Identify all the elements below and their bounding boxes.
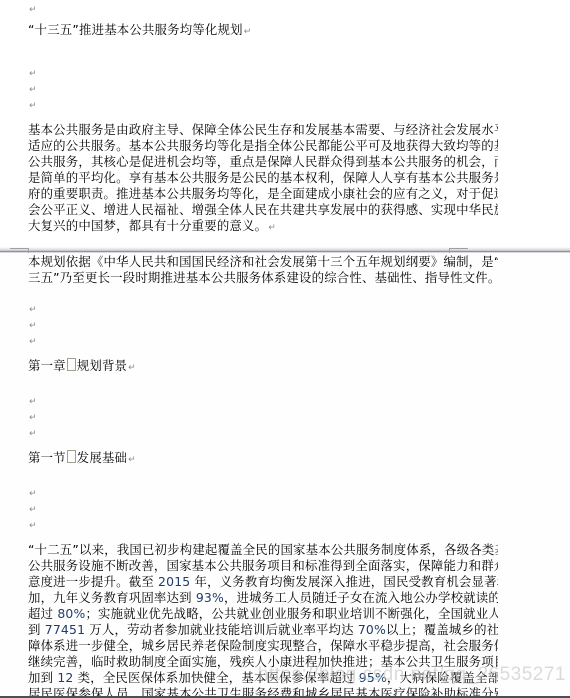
empty-paragraph[interactable]: ↵ (28, 484, 498, 500)
document-page-2[interactable]: 本规划依据《中华人民共和国国民经济和社会发展第十三个五年规划纲要》编制，是“十 … (0, 253, 570, 698)
empty-paragraph[interactable]: ↵ (28, 332, 498, 348)
chapter-heading[interactable]: 第一章规划背景↵ (28, 358, 498, 380)
paragraph-mark-icon: ↵ (29, 397, 37, 407)
document-page-1[interactable]: ↵ “十三五”推进基本公共服务均等化规划↵ ↵ ↵ ↵ 基本公共服务是由政府主导… (0, 0, 570, 248)
watermark-text: https://blog.csdn.net/qq_26535271 (258, 664, 566, 686)
paragraph-line: “十二五”以来，我国已初步构建起覆盖全民的国家基本公共服务制度体系，各级各类基本 (28, 542, 498, 558)
paragraph-mark-icon: ↵ (29, 101, 37, 111)
paragraph-line: 府的重要职责。推进基本公共服务均等化，是全面建成小康社会的应有之义，对于促进社 (28, 186, 498, 202)
paragraph-line: 适应的公共服务。基本公共服务均等化是指全体公民都能公平可及地获得大致均等的基本 (28, 138, 498, 154)
paragraph-mark-icon: ↵ (29, 305, 37, 315)
empty-paragraph[interactable]: ↵ (28, 316, 498, 332)
empty-paragraph[interactable]: ↵ (28, 500, 498, 516)
paragraph-mark-icon: ↵ (268, 223, 276, 233)
text-run: 以上；覆盖城乡的社会保 (386, 622, 498, 637)
paragraph-mark-icon: ↵ (29, 521, 37, 531)
empty-paragraph[interactable]: ↵ (28, 392, 498, 408)
paragraph-mark-icon: ↵ (29, 489, 37, 499)
paragraph-line: 是简单的平均化。享有基本公共服务是公民的基本权利，保障人人享有基本公共服务是政 (28, 170, 498, 186)
text-run: ，进城务工人员随迁子女在流入地公办学校就读的比例 (224, 590, 498, 605)
chapter-prefix: 第一章 (28, 358, 66, 373)
number-value: 12 (57, 670, 73, 685)
section-heading[interactable]: 第一节发展基础↵ (28, 450, 498, 472)
paragraph-line: 加，九年义务教育巩固率达到 93%，进城务工人员随迁子女在流入地公办学校就读的比… (28, 590, 498, 606)
paragraph-line-text: 大复兴的中国梦，都具有十分重要的意义。 (28, 218, 267, 233)
text-run: 意度进一步提升。截至 (28, 574, 158, 589)
page-2-content[interactable]: 本规划依据《中华人民共和国国民经济和社会发展第十三个五年规划纲要》编制，是“十 … (28, 254, 498, 698)
page-break-line (0, 251, 570, 252)
number-value: 2015 (158, 574, 190, 589)
text-run: 到 (28, 622, 45, 637)
text-run: ；实施就业优先战略，公共就业创业服务和职业培训不断强化，全国就业人员达 (85, 606, 498, 621)
basis-paragraph[interactable]: 本规划依据《中华人民共和国国民经济和社会发展第十三个五年规划纲要》编制，是“十 … (28, 254, 498, 286)
paragraph-line: 到 77451 万人，劳动者参加就业技能培训后就业率平均达 70%以上；覆盖城乡… (28, 622, 498, 638)
missing-glyph-box-icon (67, 450, 76, 463)
text-run: 年，义务教育均衡发展深入推进，国民受教育机会显著增 (190, 574, 498, 589)
paragraph-line: 超过 80%；实施就业优先战略，公共就业创业服务和职业培训不断强化，全国就业人员… (28, 606, 498, 622)
document-title-text: “十三五”推进基本公共服务均等化规划 (28, 22, 243, 37)
paragraph-mark-icon: ↵ (29, 321, 37, 331)
number-value: 70% (358, 622, 386, 637)
empty-paragraph[interactable]: ↵ (28, 424, 498, 440)
paragraph-line: 障体系进一步健全，城乡居民养老保险制度实现整合，保障水平稳步提高，社会服务体系 (28, 638, 498, 654)
paragraph-line-last: 三五”乃至更长一段时期推进基本公共服务体系建设的综合性、基础性、指导性文件。↵ (28, 270, 498, 286)
paragraph-mark-icon: ↵ (128, 455, 136, 465)
number-value: 93% (196, 590, 224, 605)
paragraph-line-text: 三五”乃至更长一段时期推进基本公共服务体系建设的综合性、基础性、指导性文件。 (28, 270, 498, 285)
empty-paragraph[interactable]: ↵ (28, 64, 498, 80)
text-run: 万人，劳动者参加就业技能培训后就业率平均达 (85, 622, 358, 637)
text-run: 加，九年义务教育巩固率达到 (28, 590, 196, 605)
number-value: 80% (57, 606, 85, 621)
empty-paragraph[interactable]: ↵ (28, 80, 498, 96)
text-run: 超过 (28, 606, 57, 621)
text-run: “十二五”以来，我国已初步构建起覆盖全民的国家基本公共服务制度体系，各级各类基本 (28, 542, 498, 557)
text-run: 障体系进一步健全，城乡居民养老保险制度实现整合，保障水平稳步提高，社会服务体系 (28, 638, 498, 653)
paragraph-mark-icon: ↵ (29, 5, 37, 15)
paragraph-line: 本规划依据《中华人民共和国国民经济和社会发展第十三个五年规划纲要》编制，是“十 (28, 254, 498, 270)
paragraph-line: 公共服务，其核心是促进机会均等，重点是保障人民群众得到基本公共服务的机会，而不 (28, 154, 498, 170)
paragraph-mark-icon: ↵ (29, 413, 37, 423)
section-prefix: 第一节 (28, 450, 66, 465)
text-run: 加到 (28, 670, 57, 685)
missing-glyph-box-icon (67, 358, 76, 371)
section-title: 发展基础 (77, 450, 127, 465)
paragraph-mark-icon: ↵ (29, 69, 37, 79)
paragraph-mark-icon: ↵ (128, 363, 136, 373)
empty-paragraph[interactable]: ↵ (28, 0, 498, 22)
paragraph-mark-icon: ↵ (29, 337, 37, 347)
paragraph-line: 会公平正义、增进人民福祉、增强全体人民在共建共享发展中的获得感、实现中华民族伟 (28, 202, 498, 218)
empty-paragraph[interactable]: ↵ (28, 96, 498, 112)
empty-paragraph[interactable]: ↵ (28, 516, 498, 532)
empty-paragraph[interactable]: ↵ (28, 300, 498, 316)
page-1-content[interactable]: ↵ “十三五”推进基本公共服务均等化规划↵ ↵ ↵ ↵ 基本公共服务是由政府主导… (28, 0, 498, 234)
paragraph-mark-icon: ↵ (29, 429, 37, 439)
paragraph-line: 意度进一步提升。截至 2015 年，义务教育均衡发展深入推进，国民受教育机会显著… (28, 574, 498, 590)
paragraph-line: 基本公共服务是由政府主导、保障全体公民生存和发展基本需要、与经济社会发展水平相 (28, 122, 498, 138)
number-value: 77451 (45, 622, 85, 637)
paragraph-mark-icon: ↵ (29, 85, 37, 95)
document-title[interactable]: “十三五”推进基本公共服务均等化规划↵ (28, 22, 498, 48)
empty-paragraph[interactable]: ↵ (28, 408, 498, 424)
paragraph-mark-icon: ↵ (244, 27, 252, 37)
text-run: 公共服务设施不断改善，国家基本公共服务项目和标准得到全面落实，保障能力和群众满 (28, 558, 498, 573)
paragraph-line-last: 大复兴的中国梦，都具有十分重要的意义。↵ (28, 218, 498, 234)
paragraph-line: 公共服务设施不断改善，国家基本公共服务项目和标准得到全面落实，保障能力和群众满 (28, 558, 498, 574)
paragraph-mark-icon: ↵ (29, 505, 37, 515)
intro-paragraph[interactable]: 基本公共服务是由政府主导、保障全体公民生存和发展基本需要、与经济社会发展水平相 … (28, 122, 498, 234)
chapter-title: 规划背景 (77, 358, 127, 373)
